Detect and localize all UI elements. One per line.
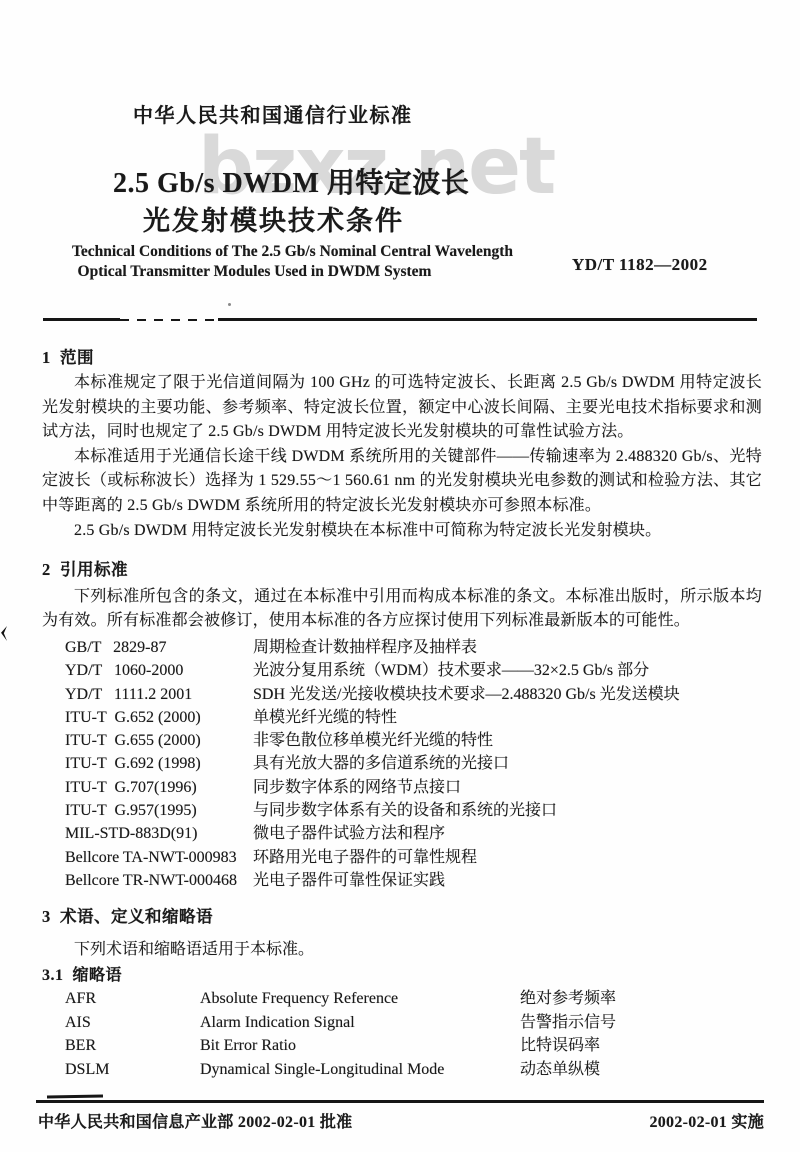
scope-paragraph-3: 2.5 Gb/s DWDM 用特定波长光发射模块在本标准中可简称为特定波长光发射… xyxy=(42,519,762,544)
abbreviation-term: DSLM xyxy=(65,1058,200,1082)
reference-title: 微电子器件试验方法和程序 xyxy=(253,822,765,845)
references-intro: 下列标准所包含的条文，通过在本标准中引用而构成本标准的条文。本标准出版时，所示版… xyxy=(42,585,762,634)
abbreviation-chinese: 告警指示信号 xyxy=(520,1011,765,1035)
abbreviation-item: AFR Absolute Frequency Reference 绝对参考频率 xyxy=(65,987,765,1011)
reference-item: ITU-T G.707(1996) 同步数字体系的网络节点接口 xyxy=(65,776,765,799)
terms-intro: 下列术语和缩略语适用于本标准。 xyxy=(74,936,314,959)
reference-title: 同步数字体系的网络节点接口 xyxy=(253,776,765,799)
reference-title: 具有光放大器的多信道系统的光接口 xyxy=(253,752,765,775)
abbreviation-english: Alarm Indication Signal xyxy=(200,1011,520,1035)
reference-code: ITU-T G.655 (2000) xyxy=(65,729,253,752)
reference-title: 周期检查计数抽样程序及抽样表 xyxy=(253,636,765,659)
abbreviation-chinese: 比特误码率 xyxy=(520,1034,765,1058)
abbreviation-list: AFR Absolute Frequency Reference 绝对参考频率 … xyxy=(65,987,765,1081)
abbreviation-term: AFR xyxy=(65,987,200,1011)
reference-item: ITU-T G.655 (2000) 非零色散位移单模光纤光缆的特性 xyxy=(65,729,765,752)
reference-code: MIL-STD-883D(91) xyxy=(65,822,253,845)
english-title: Technical Conditions of The 2.5 Gb/s Nom… xyxy=(40,242,545,281)
reference-code: Bellcore TA-NWT-000983 xyxy=(65,846,253,869)
abbreviation-term: AIS xyxy=(65,1011,200,1035)
reference-title: 环路用光电子器件的可靠性规程 xyxy=(253,846,765,869)
reference-item: Bellcore TA-NWT-000983 环路用光电子器件的可靠性规程 xyxy=(65,846,765,869)
abbreviation-chinese: 绝对参考频率 xyxy=(520,987,765,1011)
footer-rule-artifact xyxy=(47,1095,103,1099)
scope-paragraph-2: 本标准适用于光通信长途干线 DWDM 系统所用的关键部件——传输速率为 2.48… xyxy=(42,445,762,519)
reference-item: MIL-STD-883D(91) 微电子器件试验方法和程序 xyxy=(65,822,765,845)
reference-code: ITU-T G.692 (1998) xyxy=(65,752,253,775)
reference-title: 与同步数字体系有关的设备和系统的光接口 xyxy=(253,799,765,822)
document-title-line2: 光发射模块技术条件 xyxy=(143,199,404,238)
scanned-standard-page: bzxz.net 中华人民共和国通信行业标准 2.5 Gb/s DWDM 用特定… xyxy=(0,0,800,1152)
scope-paragraph-1: 本标准规定了限于光信道间隔为 100 GHz 的可选特定波长、长距离 2.5 G… xyxy=(42,371,762,445)
scan-edge-artifact xyxy=(0,626,7,641)
section-2-heading: 2 引用标准 xyxy=(42,556,128,580)
reference-code: GB/T 2829-87 xyxy=(65,636,253,659)
abbreviation-english: Bit Error Ratio xyxy=(200,1034,520,1058)
reference-item: YD/T 1060-2000 光波分复用系统（WDM）技术要求——32×2.5 … xyxy=(65,659,765,682)
reference-title: 单模光纤光缆的特性 xyxy=(253,706,765,729)
page-content: 中华人民共和国通信行业标准 2.5 Gb/s DWDM 用特定波长 光发射模块技… xyxy=(0,0,800,1152)
abbreviation-english: Absolute Frequency Reference xyxy=(200,987,520,1011)
reference-title: SDH 光发送/光接收模块技术要求—2.488320 Gb/s 光发送模块 xyxy=(253,683,765,706)
subsection-3-1-heading: 3.1 缩略语 xyxy=(42,962,122,985)
reference-item: YD/T 1111.2 2001 SDH 光发送/光接收模块技术要求—2.488… xyxy=(65,683,765,706)
abbreviation-item: DSLM Dynamical Single-Longitudinal Mode … xyxy=(65,1058,765,1082)
standard-number: YD/T 1182—2002 xyxy=(572,255,708,275)
abbreviation-item: AIS Alarm Indication Signal 告警指示信号 xyxy=(65,1011,765,1035)
section-1-heading: 1 范围 xyxy=(42,344,94,368)
section-3-heading: 3 术语、定义和缩略语 xyxy=(42,903,213,927)
english-title-line2: Optical Transmitter Modules Used in DWDM… xyxy=(2,262,507,282)
english-title-line1: Technical Conditions of The 2.5 Gb/s Nom… xyxy=(72,243,513,260)
header-rule-broken-segment xyxy=(120,318,218,321)
implementation-text: 2002-02-01 实施 xyxy=(640,1109,764,1132)
reference-title: 光波分复用系统（WDM）技术要求——32×2.5 Gb/s 部分 xyxy=(253,659,765,682)
reference-title: 非零色散位移单模光纤光缆的特性 xyxy=(253,729,765,752)
abbreviation-english: Dynamical Single-Longitudinal Mode xyxy=(200,1058,520,1082)
reference-title: 光电子器件可靠性保证实践 xyxy=(253,869,765,892)
reference-code: ITU-T G.957(1995) xyxy=(65,799,253,822)
footer-rule xyxy=(36,1100,764,1103)
reference-item: ITU-T G.652 (2000) 单模光纤光缆的特性 xyxy=(65,706,765,729)
reference-code: YD/T 1111.2 2001 xyxy=(65,683,253,706)
abbreviation-chinese: 动态单纵模 xyxy=(520,1058,765,1082)
reference-code: YD/T 1060-2000 xyxy=(65,659,253,682)
reference-code: ITU-T G.707(1996) xyxy=(65,776,253,799)
document-title-line1: 2.5 Gb/s DWDM 用特定波长 xyxy=(113,161,469,201)
reference-item: ITU-T G.957(1995) 与同步数字体系有关的设备和系统的光接口 xyxy=(65,799,765,822)
reference-item: Bellcore TR-NWT-000468 光电子器件可靠性保证实践 xyxy=(65,869,765,892)
standard-category-label: 中华人民共和国通信行业标准 xyxy=(133,99,413,128)
reference-code: ITU-T G.652 (2000) xyxy=(65,706,253,729)
abbreviation-item: BER Bit Error Ratio 比特误码率 xyxy=(65,1034,765,1058)
reference-list: GB/T 2829-87 周期检查计数抽样程序及抽样表 YD/T 1060-20… xyxy=(65,636,765,892)
scope-paragraphs: 本标准规定了限于光信道间隔为 100 GHz 的可选特定波长、长距离 2.5 G… xyxy=(42,371,762,543)
reference-item: GB/T 2829-87 周期检查计数抽样程序及抽样表 xyxy=(65,636,765,659)
scan-dot-artifact xyxy=(228,303,231,306)
reference-code: Bellcore TR-NWT-000468 xyxy=(65,869,253,892)
header-rule xyxy=(43,318,757,321)
reference-item: ITU-T G.692 (1998) 具有光放大器的多信道系统的光接口 xyxy=(65,752,765,775)
abbreviation-term: BER xyxy=(65,1034,200,1058)
approval-text: 中华人民共和国信息产业部 2002-02-01 批准 xyxy=(38,1109,352,1132)
